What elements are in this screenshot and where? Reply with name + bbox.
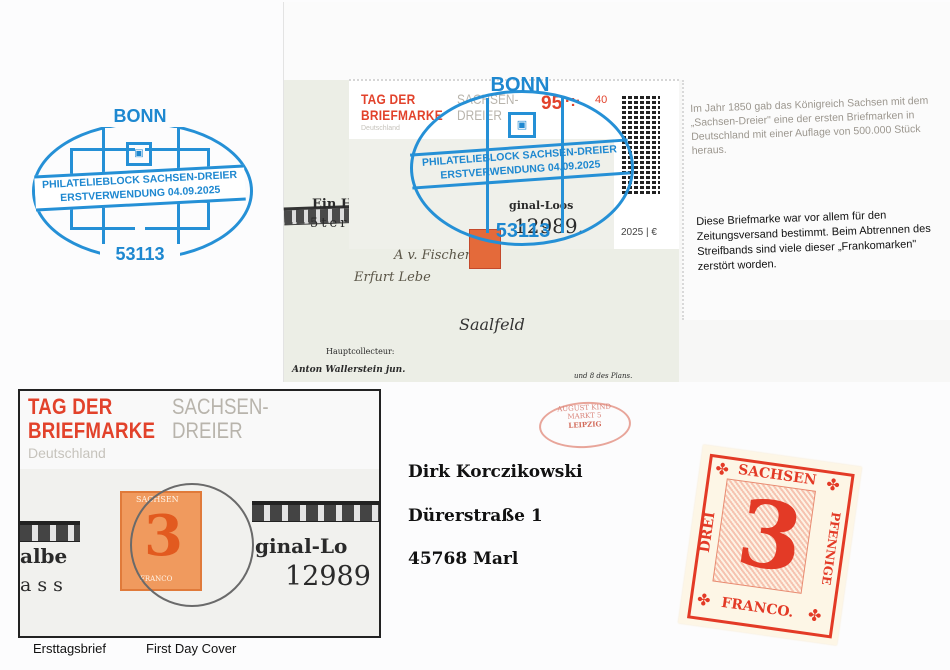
corner-ornament-icon: ✤	[692, 589, 715, 612]
recipient-street: Dürerstraße 1	[408, 506, 543, 526]
caption-english: First Day Cover	[146, 641, 236, 656]
postmark-postcode: 53113	[100, 244, 180, 265]
first-day-cover-image: TAG DER BRIEFMARKE SACHSEN- DREIER Deuts…	[18, 389, 381, 638]
info-text-history: Im Jahr 1850 gab das Königreich Sachsen …	[690, 93, 942, 158]
postmark-postcode: 53113	[478, 220, 568, 243]
fdc-subtitle-2: DREIER	[172, 419, 243, 442]
stamp-symbol-icon: ▣	[126, 142, 152, 166]
recipient-name: Dirk Korczikowski	[408, 462, 583, 482]
stamp-numeral: 3	[732, 482, 809, 590]
handwriting: Saalfeld	[459, 315, 525, 334]
sachsen-dreier-stamp: ✤ ✤ ✤ ✤ SACHSEN FRANCO. DREI PFENNIGE 3	[678, 445, 861, 646]
stamp-symbol-icon: ▣	[508, 112, 536, 138]
postmark-city: BONN	[90, 106, 190, 127]
postmark-on-sheet: ▣ BONN PHILATELIEBLOCK SACHSEN-DREIER ER…	[408, 76, 633, 246]
corner-ornament-icon: ✤	[822, 474, 845, 497]
doc-text: Hauptcollecteur:	[326, 347, 394, 356]
doc-text: albe	[20, 544, 67, 568]
doc-text: und 8 des Plans.	[574, 372, 632, 380]
handwriting: A v. Fischer	[394, 248, 471, 263]
info-text-usage: Diese Briefmarke war vor allem für den Z…	[696, 206, 948, 275]
doc-text: ass	[20, 574, 69, 596]
corner-ornament-icon: ✤	[711, 458, 734, 481]
doc-text: 12989	[285, 561, 371, 592]
fdc-subtitle-1: SACHSEN-	[172, 395, 269, 418]
fdc-country: Deutschland	[28, 445, 106, 461]
sheet-top-margin	[284, 2, 950, 80]
doc-text: Anton Wallerstein jun.	[292, 365, 405, 375]
corner-ornament-icon: ✤	[803, 605, 826, 628]
postmark-city: BONN	[470, 74, 570, 97]
fdc-cancellation	[130, 483, 254, 607]
caption-german: Ersttagsbrief	[33, 641, 106, 656]
handwriting: Erfurt Lebe	[354, 270, 431, 285]
recipient-city: 45768 Marl	[408, 549, 518, 569]
fdc-title-1: TAG DER	[28, 395, 113, 418]
ornamental-band	[252, 501, 379, 522]
postmark-left: ▣ BONN PHILATELIEBLOCK SACHSEN-DREIER ER…	[30, 108, 255, 263]
doc-text: ginal-Lo	[255, 534, 347, 558]
stamp-center: 3	[712, 478, 816, 594]
leipzig-handstamp: AUGUST KIND MARKT 5 LEIPZIG	[538, 400, 632, 451]
stamp-country: Deutschland	[361, 125, 400, 132]
fdc-title-2: BRIEFMARKE	[28, 419, 155, 442]
ornamental-band	[20, 521, 80, 542]
